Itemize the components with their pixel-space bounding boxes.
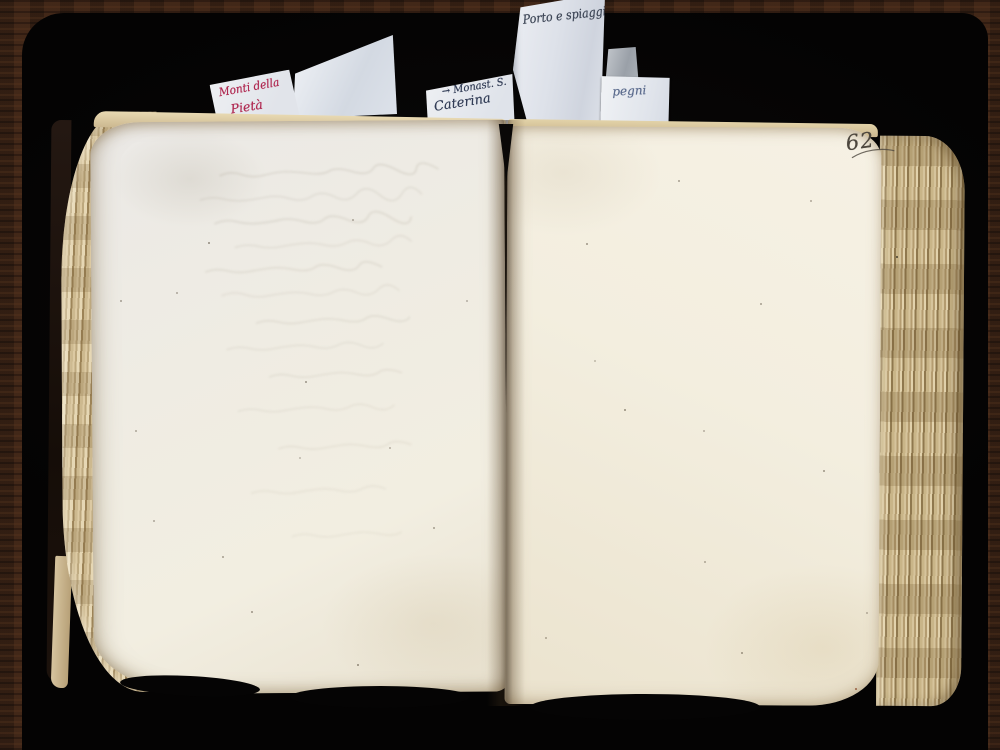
folio-number-text: 62 xyxy=(844,128,876,156)
archival-book-photograph: Porto e spiaggia. pegni Monti della Piet… xyxy=(0,0,1000,750)
page-bottom-wave-cutout xyxy=(290,686,470,708)
page-edge-stack-right xyxy=(876,136,965,707)
page-bottom-wave-cutout xyxy=(530,694,760,720)
right-page-recto-blank xyxy=(504,126,881,706)
paper-speckles xyxy=(0,0,2,2)
bookmark-tab-porto-e-spiaggia: Porto e spiaggia. xyxy=(513,0,606,135)
tab-label-pegni: pegni xyxy=(612,83,647,98)
bleed-through-writing xyxy=(161,157,498,593)
tab-label-porto-e-spiaggia: Porto e spiaggia. xyxy=(522,2,617,27)
book-gutter-shadow xyxy=(487,120,525,706)
